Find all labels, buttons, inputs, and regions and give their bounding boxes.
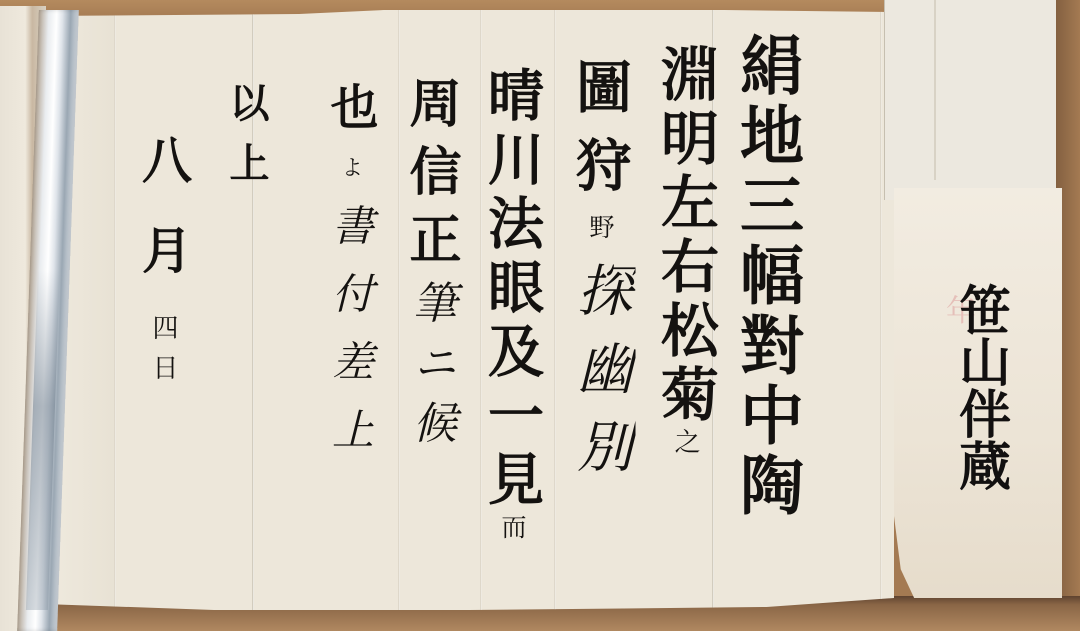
envelope-name: 笹山伴蔵 (952, 283, 1007, 491)
text-column-date: 八月四日 (138, 134, 188, 394)
column-text: 淵明左右松菊 (651, 44, 719, 428)
text-column-1: 絹地三幅對中陶 (734, 32, 798, 522)
column-small-text: 之 (670, 428, 700, 460)
text-column-4: 晴川法眼及一見而 (484, 66, 540, 547)
text-column-3: 圖狩野探幽別 (572, 58, 628, 495)
column-text: 周信正 (400, 76, 461, 280)
column-text: 晴川法眼及一見 (479, 66, 545, 514)
letter-paper: 絹地三幅對中陶 淵明左右松菊之 圖狩野探幽別 晴川法眼及一見而 周信正筆ニ候 也… (44, 10, 894, 610)
paper-fold (554, 10, 556, 610)
closing-text: 以上 (223, 82, 270, 202)
paper-fold (114, 10, 116, 610)
column-text: 絹地三幅對中陶 (729, 32, 804, 522)
text-column-closing: 以上 (226, 82, 266, 202)
column-small-text: よ (338, 156, 363, 204)
column-cursive-text: 探幽別 (568, 261, 633, 495)
text-column-2: 淵明左右松菊之 (656, 44, 714, 460)
column-text: 也 (322, 82, 378, 156)
column-cursive-text: 筆ニ候 (405, 280, 456, 460)
column-small-text: 野 (586, 214, 615, 261)
paper-fold (880, 10, 882, 610)
text-column-6: 也よ書付差上 (326, 82, 374, 476)
blank-sheet (884, 0, 1056, 200)
date-day: 四日 (148, 314, 178, 394)
column-cursive-text: 書付差上 (326, 204, 375, 476)
column-text: 圖狩 (567, 58, 633, 214)
envelope: 年 笹山伴蔵 (894, 188, 1062, 598)
text-column-5: 周信正筆ニ候 (404, 76, 456, 460)
column-small-text: 而 (498, 514, 527, 547)
date-month: 八月 (134, 134, 193, 314)
paper-fold (934, 0, 936, 180)
